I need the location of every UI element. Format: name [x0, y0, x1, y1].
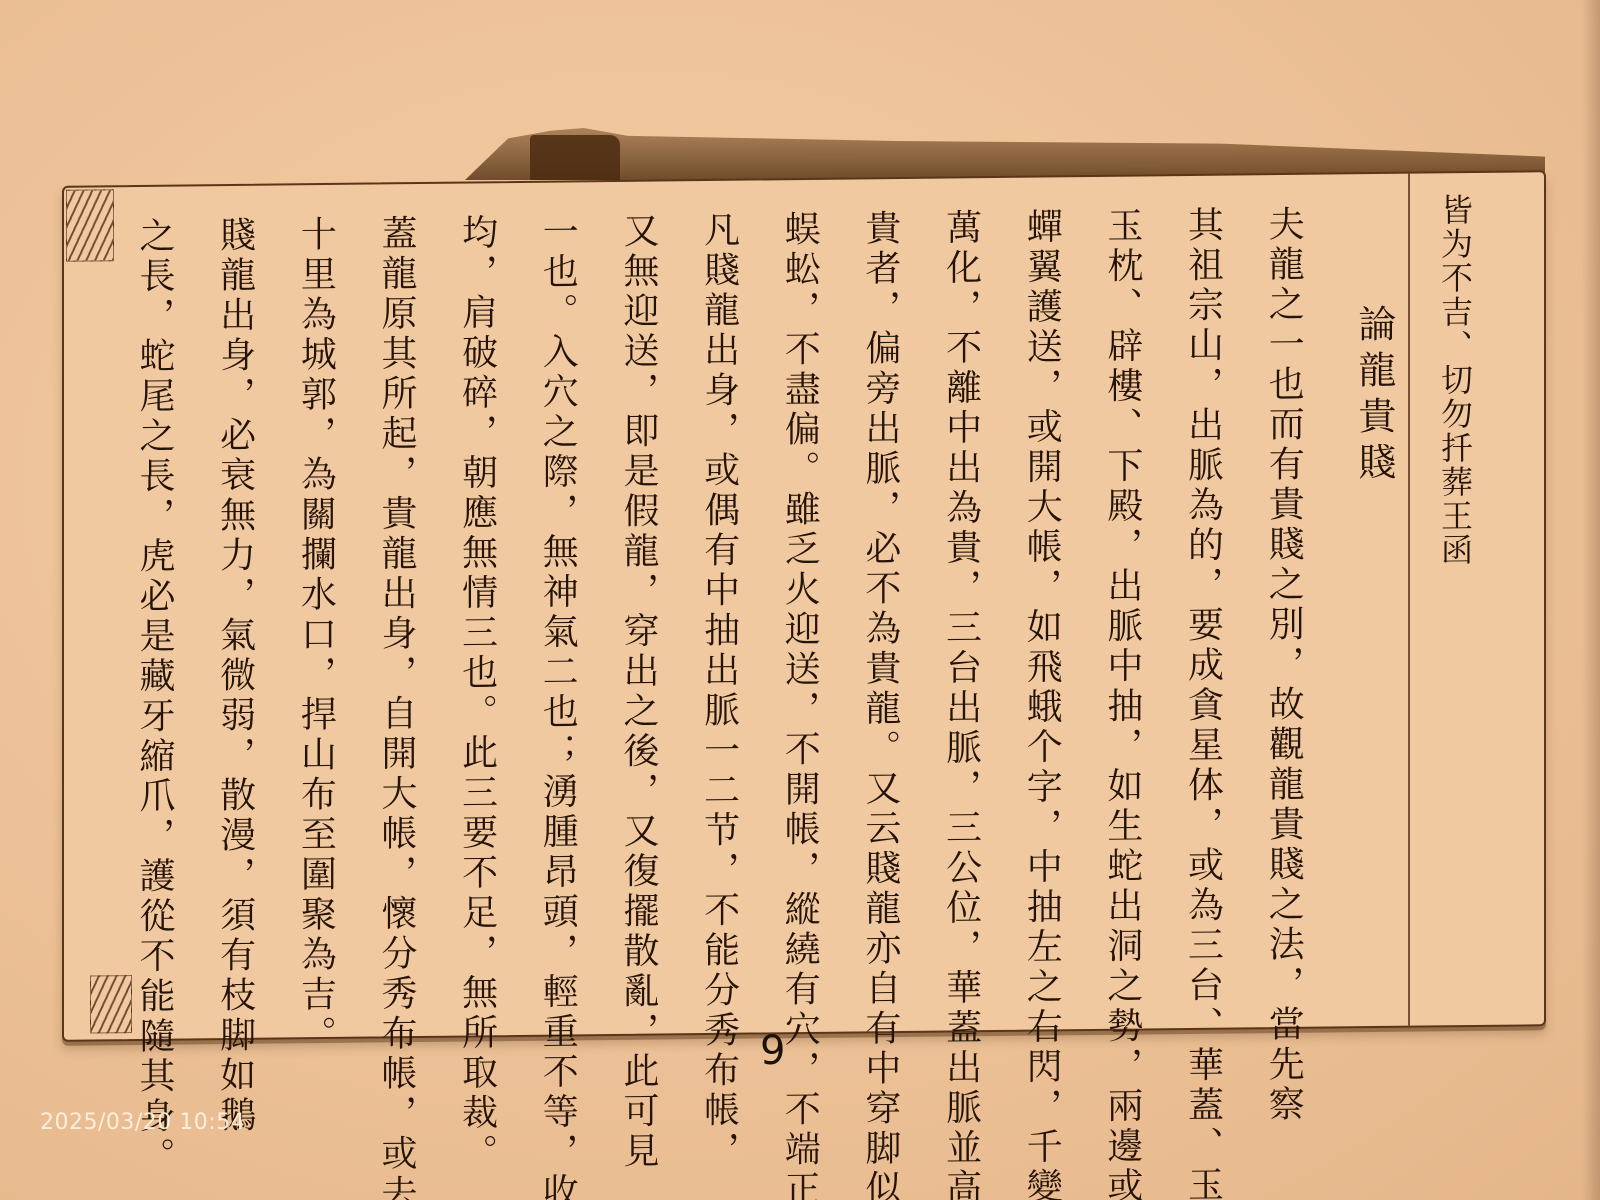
text-column-3: 玉枕、辟樓、下殿，出脈中抽，如生蛇出洞之勢，兩邊或帶 — [1102, 206, 1142, 1006]
text-column-5: 萬化，不離中出為貴，三台出脈，三公位，華蓋出脈並高 — [941, 208, 981, 1008]
section-title: 論龍貴賤 — [1354, 204, 1394, 1004]
corner-hatching-bottom-left — [90, 975, 132, 1033]
text-column-7: 蜈蚣，不盡偏。雖乏火迎送，不開帳，縱繞有穴，不端正， — [779, 210, 819, 1010]
margin-fold-line — [1408, 174, 1410, 1026]
text-column-13: 十里為城郭，為關攔水口，捍山布至圍聚為吉。 — [295, 215, 335, 1015]
text-column-6: 貴者，偏旁出脈，必不為貴龍。又云賤龍亦自有中穿脚似 — [860, 209, 900, 1009]
book-edge-shadow — [1582, 0, 1600, 1200]
page-number: 9 — [760, 1028, 785, 1074]
corner-hatching-top-left — [66, 189, 114, 262]
text-column-15: 之長，蛇尾之長，虎必是藏牙縮爪，護從不能隨其身。 — [134, 217, 174, 1017]
manuscript-sheet: 論龍貴賤 夫龍之一也而有貴賤之別，故觀龍貴賤之法，當先察 其祖宗山，出脈為的，要… — [62, 170, 1546, 1042]
text-column-12: 蓋龍原其所起，貴龍出身，自開大帳，懷分秀布帳，或去數 — [376, 214, 416, 1014]
text-column-1: 夫龍之一也而有貴賤之別，故觀龍貴賤之法，當先察 — [1263, 205, 1303, 1005]
torn-paper-shadow — [530, 135, 620, 180]
text-column-10: 一也。入穴之際，無神氣二也；湧腫昂頭，輕重不等，收拾不 — [537, 212, 577, 1012]
text-column-2: 其祖宗山，出脈為的，要成貪星体，或為三台、華蓋、玉屏、 — [1183, 206, 1223, 1006]
text-column-9: 又無迎送，即是假龍，穿出之後，又復擺散亂，此可見 — [618, 212, 658, 1012]
margin-note: 皆为不吉、切勿扦葬王函 — [1432, 193, 1478, 567]
text-column-14: 賤龍出身，必衰無力，氣微弱，散漫，須有枝脚如鵝 — [215, 216, 255, 1016]
photo-timestamp: 2025/03/20 10:54 — [40, 1110, 245, 1135]
text-column-4: 蟬翼護送，或開大帳，如飛蛾个字，中抽左之右閃，千變 — [1021, 207, 1061, 1007]
text-columns: 論龍貴賤 夫龍之一也而有貴賤之別，故觀龍貴賤之法，當先察 其祖宗山，出脈為的，要… — [134, 204, 1394, 1017]
text-column-8: 凡賤龍出身，或偶有中抽出脈一二节，不能分秀布帳， — [699, 211, 739, 1011]
text-column-11: 均，肩破碎，朝應無情三也。此三要不足，無所取裁。 — [457, 213, 497, 1013]
